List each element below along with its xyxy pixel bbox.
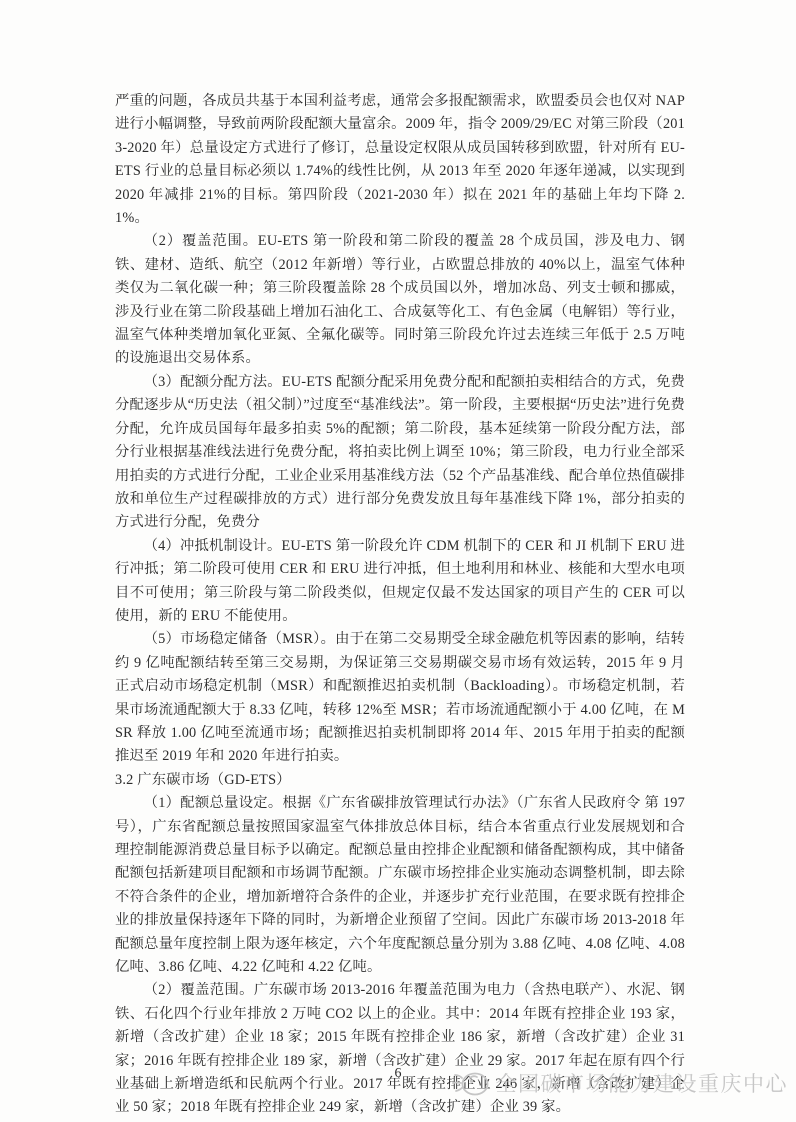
paragraph: 3.2 广东碳市场（GD-ETS） xyxy=(115,769,685,792)
paragraph: （4）冲抵机制设计。EU-ETS 第一阶段允许 CDM 机制下的 CER 和 J… xyxy=(115,535,685,629)
document-page: 严重的问题，各成员共基于本国利益考虑，通常会多报配额需求，欧盟委员会也仅对 NA… xyxy=(0,0,796,1122)
watermark-text: 全国碳市场能力建设重庆中心 xyxy=(496,1068,789,1098)
paragraph: （3）配额分配方法。EU-ETS 配额分配采用免费分配和配额拍卖相结合的方式，免… xyxy=(115,371,685,535)
document-body: 严重的问题，各成员共基于本国利益考虑，通常会多报配额需求，欧盟委员会也仅对 NA… xyxy=(115,90,685,1120)
paragraph: 严重的问题，各成员共基于本国利益考虑，通常会多报配额需求，欧盟委员会也仅对 NA… xyxy=(115,90,685,230)
paragraph: （2）覆盖范围。EU-ETS 第一阶段和第二阶段的覆盖 28 个成员国，涉及电力… xyxy=(115,230,685,370)
carbon-center-logo-icon xyxy=(450,1066,490,1100)
paragraph: （1）配额总量设定。根据《广东省碳排放管理试行办法》（广东省人民政府令 第 19… xyxy=(115,792,685,979)
watermark: 全国碳市场能力建设重庆中心 xyxy=(450,1066,789,1100)
paragraph: （5）市场稳定储备（MSR）。由于在第二交易期受全球金融危机等因素的影响，结转约… xyxy=(115,628,685,768)
